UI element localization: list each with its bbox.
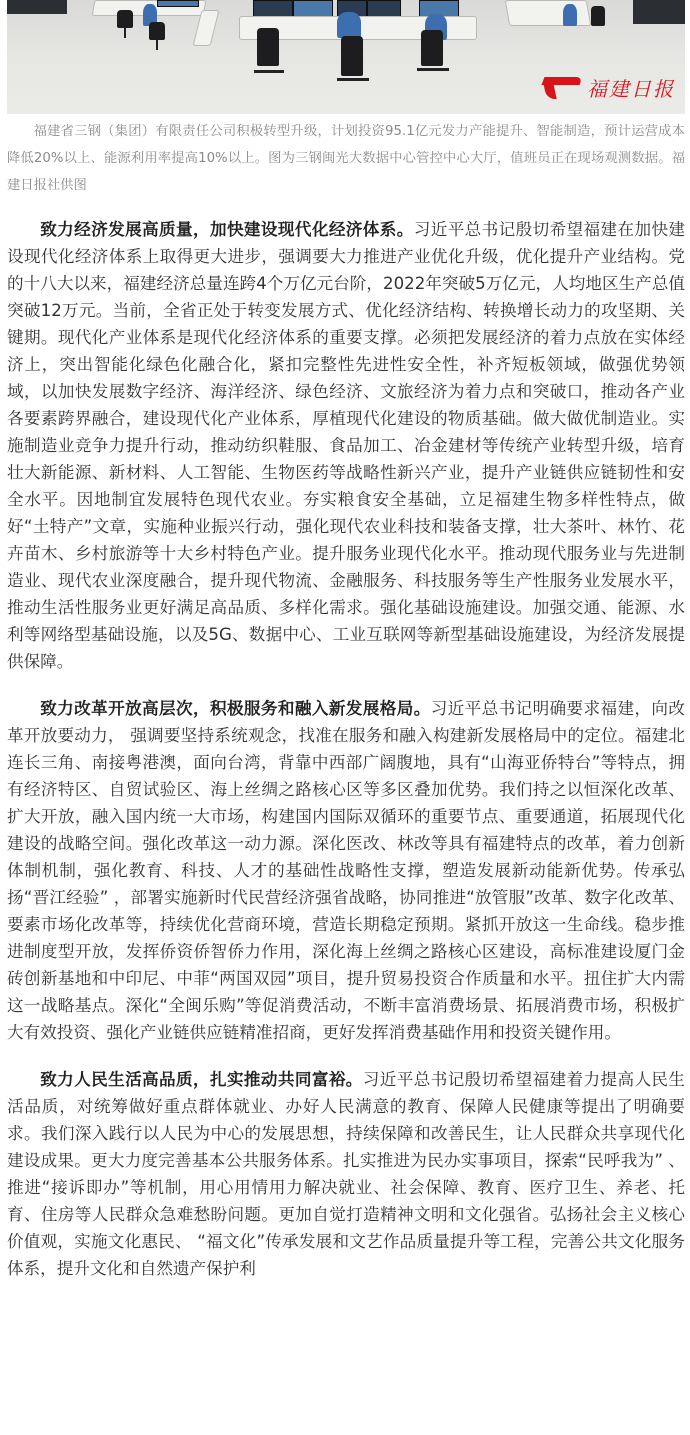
photo-chair-base [417,68,449,71]
watermark-text: 福建日报 [587,73,675,102]
photo-operator [337,12,361,38]
photo-chair [341,36,363,76]
article-body: 致力经济发展高质量，加快建设现代化经济体系。习近平总书记殷切希望福建在加快建设现… [7,216,685,1302]
paragraph-text: 习近平总书记明确要求福建，向改革开放要动力， 强调要坚持系统观念，找准在服务和融… [7,699,685,1042]
paragraph-heading: 致力改革开放高层次，积极服务和融入新发展格局。 [40,699,431,718]
photo-background-workstations [7,0,67,14]
paragraph-text: 习近平总书记殷切希望福建着力提高人民生活品质，对统筹做好重点群体就业、办好人民满… [7,1070,685,1278]
photo-chair-leg [124,28,126,38]
photo-chair-base [254,70,284,73]
photo-caption: 福建省三钢（集团）有限责任公司积极转型升级，计划投资95.1亿元发力产能提升、智… [7,118,685,199]
photo-monitor [157,0,199,7]
fujian-daily-logo-icon [543,77,581,99]
newspaper-watermark: 福建日报 [543,73,675,102]
photo-chair [421,30,443,66]
paragraph-livelihood: 致力人民生活高品质，扎实推动共同富裕。习近平总书记殷切希望福建着力提高人民生活品… [7,1066,685,1282]
photo-background-workstations [633,0,685,24]
photo-chair [591,6,605,26]
photo-chair-leg [156,40,158,50]
photo-desk [505,0,592,26]
paragraph-heading: 致力人民生活高品质，扎实推动共同富裕。 [40,1070,363,1089]
paragraph-text: 习近平总书记殷切希望福建在加快建设现代化经济体系上取得更大进步，强调要大力推进产… [7,220,685,671]
paragraph-reform-opening: 致力改革开放高层次，积极服务和融入新发展格局。习近平总书记明确要求福建，向改革开… [7,695,685,1046]
photo-chair [149,22,165,40]
photo-chair-base [337,78,369,81]
photo-chair [117,10,133,28]
photo-chair [257,28,279,66]
paragraph-economy: 致力经济发展高质量，加快建设现代化经济体系。习近平总书记殷切希望福建在加快建设现… [7,216,685,675]
photo-operator [563,4,577,26]
paragraph-heading: 致力经济发展高质量，加快建设现代化经济体系。 [40,220,414,239]
article-photo: 福建日报 [7,0,685,114]
